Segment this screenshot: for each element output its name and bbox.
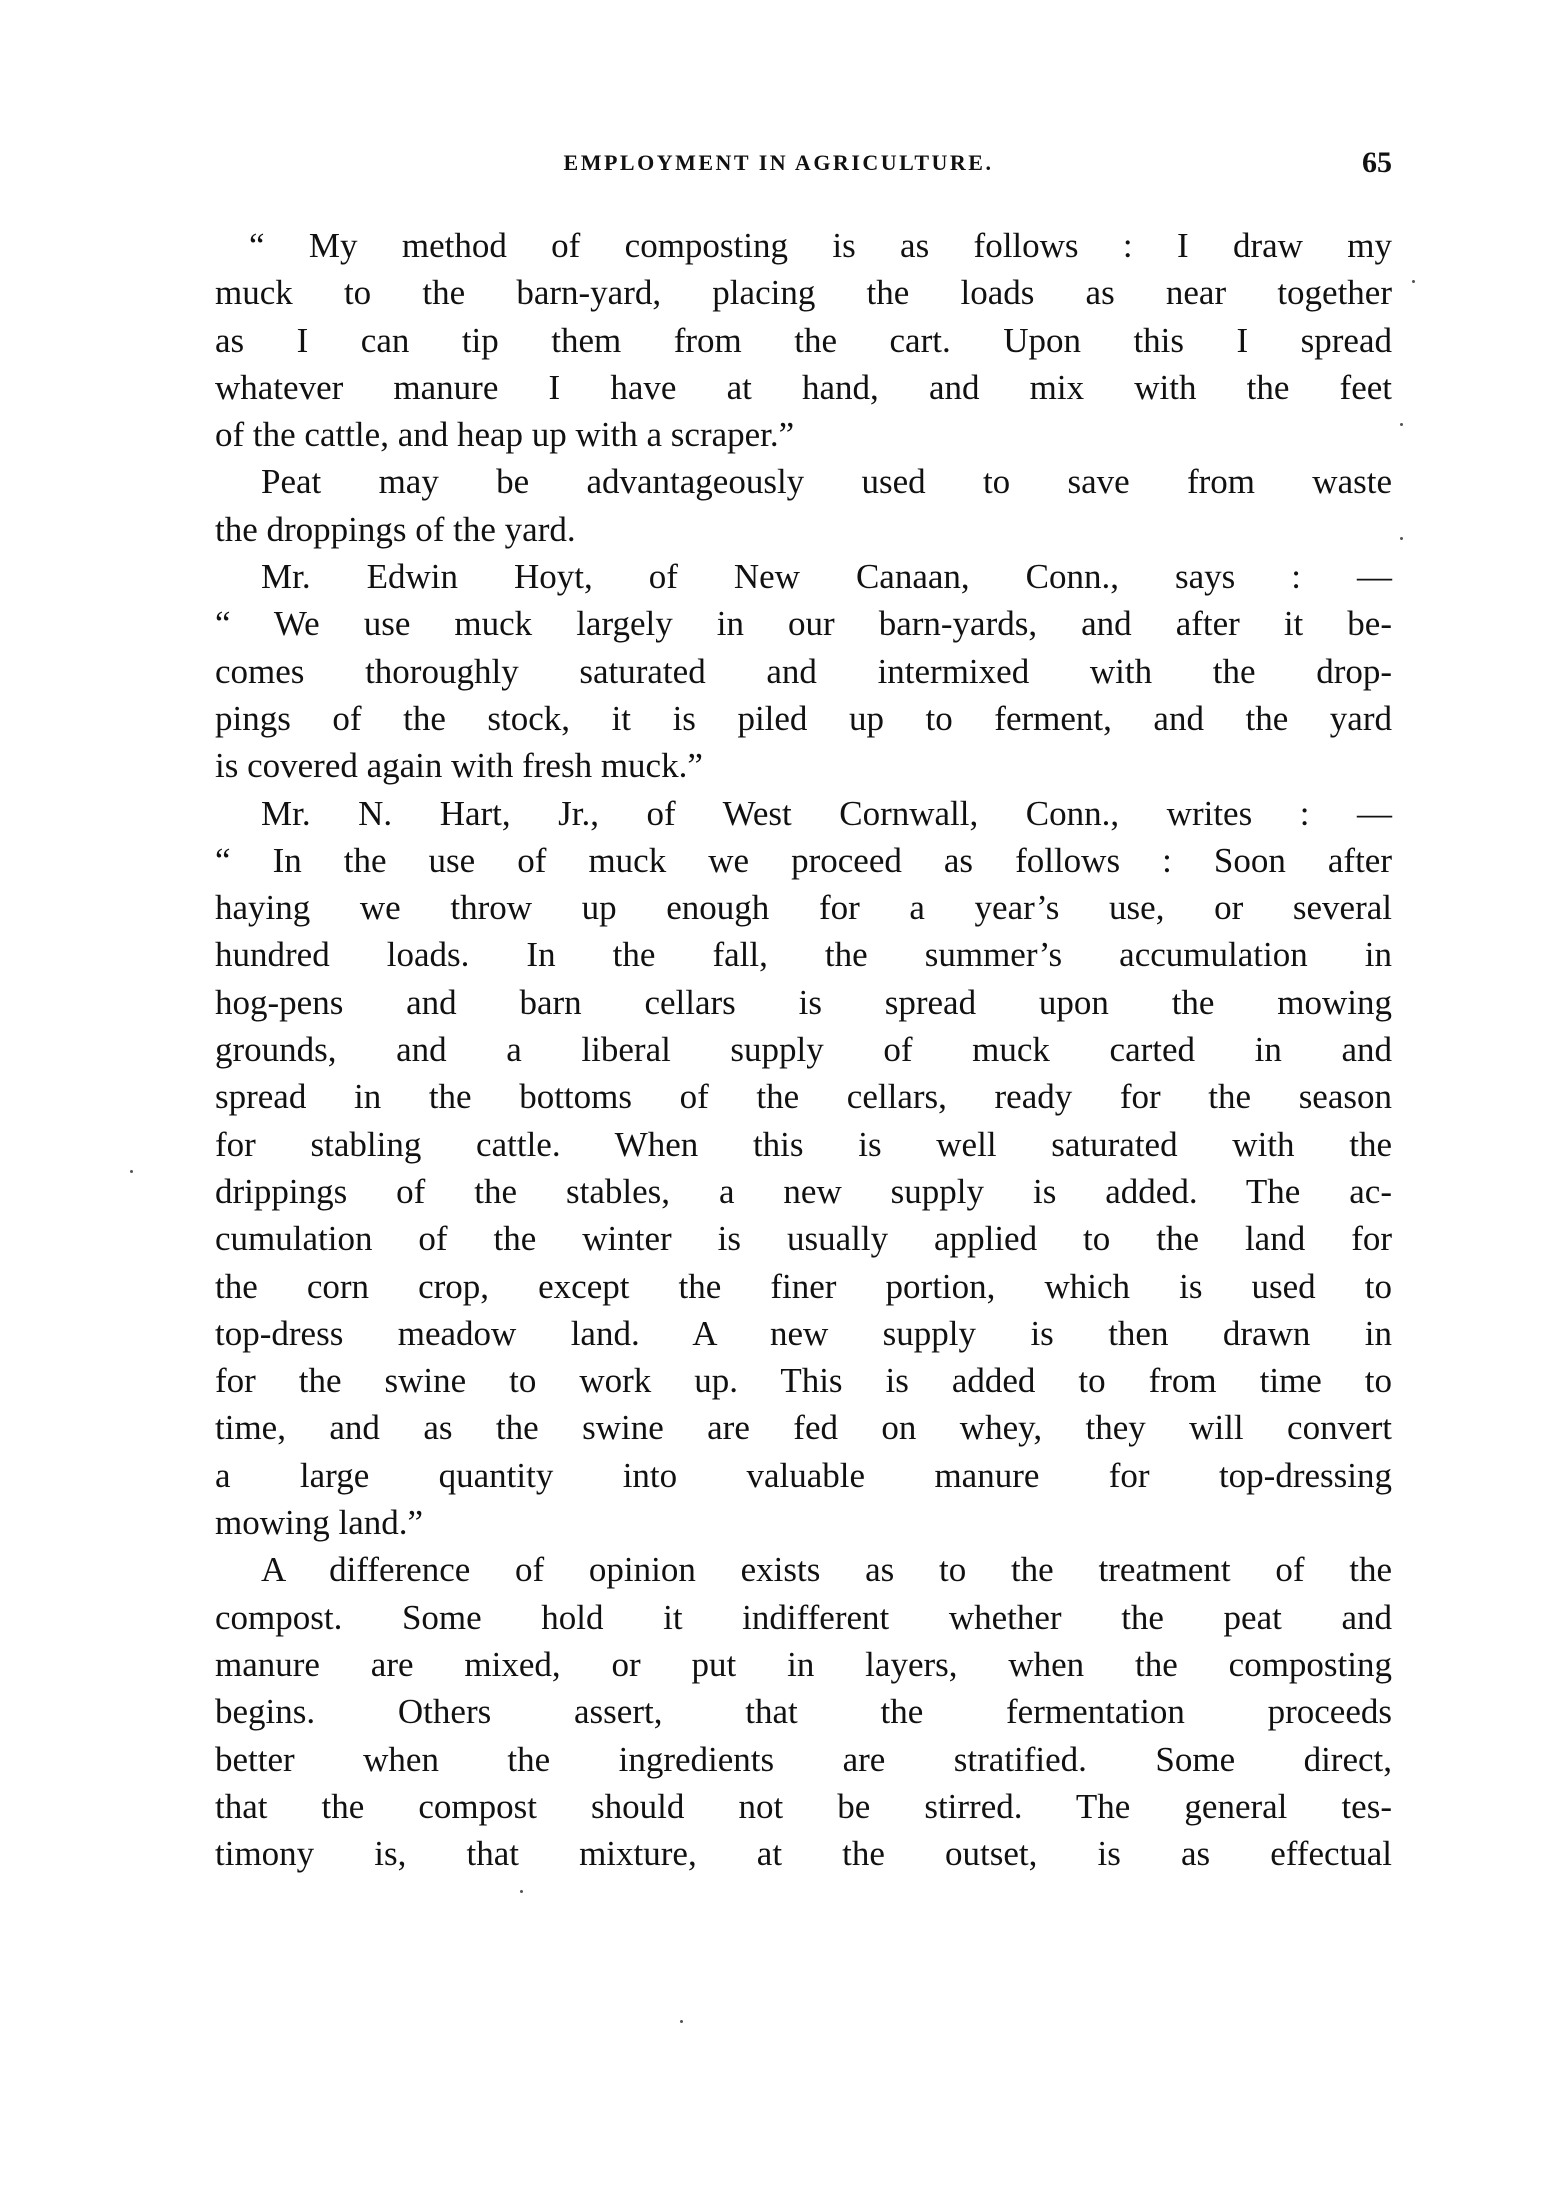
- text-line: Mr. N. Hart, Jr., of West Cornwall, Conn…: [215, 790, 1392, 837]
- text-line: compost. Some hold it indifferent whethe…: [215, 1594, 1392, 1641]
- text-line: as I can tip them from the cart. Upon th…: [215, 317, 1392, 364]
- paragraph-n-hart: Mr. N. Hart, Jr., of West Cornwall, Conn…: [215, 790, 1392, 1547]
- scan-speck: [1400, 537, 1403, 540]
- text-line: drippings of the stables, a new supply i…: [215, 1168, 1392, 1215]
- text-line: time, and as the swine are fed on whey, …: [215, 1404, 1392, 1451]
- scan-speck: [520, 1890, 523, 1893]
- text-line: better when the ingredients are stratifi…: [215, 1736, 1392, 1783]
- text-line: timony is, that mixture, at the outset, …: [215, 1830, 1392, 1877]
- text-line: for stabling cattle. When this is well s…: [215, 1121, 1392, 1168]
- book-page: EMPLOYMENT IN AGRICULTURE. 65 “ My metho…: [0, 0, 1558, 2190]
- paragraph-peat: Peat may be advantageously used to save …: [215, 458, 1392, 553]
- text-line: “ In the use of muck we proceed as follo…: [215, 837, 1392, 884]
- text-line: begins. Others assert, that the fermenta…: [215, 1688, 1392, 1735]
- running-title-text: EMPLOYMENT IN AGRICULTURE.: [564, 143, 994, 183]
- page-number: 65: [1362, 143, 1392, 183]
- paragraph-difference-of-opinion: A difference of opinion exists as to the…: [215, 1546, 1392, 1877]
- text-line: mowing land.”: [215, 1499, 1392, 1546]
- text-line: that the compost should not be stirred. …: [215, 1783, 1392, 1830]
- text-line: the corn crop, except the finer portion,…: [215, 1263, 1392, 1310]
- text-line: hog-pens and barn cellars is spread upon…: [215, 979, 1392, 1026]
- text-line: whatever manure I have at hand, and mix …: [215, 364, 1392, 411]
- text-line: is covered again with fresh muck.”: [215, 742, 1392, 789]
- text-line: muck to the barn-yard, placing the loads…: [215, 269, 1392, 316]
- text-line: a large quantity into valuable manure fo…: [215, 1452, 1392, 1499]
- scan-speck: [1412, 280, 1415, 283]
- scan-speck: [1400, 423, 1403, 426]
- text-line: comes thoroughly saturated and intermixe…: [215, 648, 1392, 695]
- running-title: EMPLOYMENT IN AGRICULTURE.: [215, 143, 1392, 183]
- text-line: top-dress meadow land. A new supply is t…: [215, 1310, 1392, 1357]
- text-line: pings of the stock, it is piled up to fe…: [215, 695, 1392, 742]
- paragraph-edwin-hoyt: Mr. Edwin Hoyt, of New Canaan, Conn., sa…: [215, 553, 1392, 789]
- text-line: haying we throw up enough for a year’s u…: [215, 884, 1392, 931]
- text-line: grounds, and a liberal supply of muck ca…: [215, 1026, 1392, 1073]
- scan-speck: [130, 1170, 133, 1173]
- text-line: the droppings of the yard.: [215, 506, 1392, 553]
- scan-speck: [680, 2020, 683, 2023]
- body-text: “ My method of composting is as follows …: [215, 222, 1392, 1877]
- text-line: manure are mixed, or put in layers, when…: [215, 1641, 1392, 1688]
- text-line: Mr. Edwin Hoyt, of New Canaan, Conn., sa…: [215, 553, 1392, 600]
- text-line: “ My method of composting is as follows …: [215, 222, 1392, 269]
- paragraph-composting-method: “ My method of composting is as follows …: [215, 222, 1392, 458]
- text-line: spread in the bottoms of the cellars, re…: [215, 1073, 1392, 1120]
- text-line: “ We use muck largely in our barn-yards,…: [215, 600, 1392, 647]
- text-line: of the cattle, and heap up with a scrape…: [215, 411, 1392, 458]
- text-line: hundred loads. In the fall, the summer’s…: [215, 931, 1392, 978]
- text-line: Peat may be advantageously used to save …: [215, 458, 1392, 505]
- text-line: cumulation of the winter is usually appl…: [215, 1215, 1392, 1262]
- running-head: EMPLOYMENT IN AGRICULTURE. 65: [215, 143, 1392, 183]
- text-line: for the swine to work up. This is added …: [215, 1357, 1392, 1404]
- text-line: A difference of opinion exists as to the…: [215, 1546, 1392, 1593]
